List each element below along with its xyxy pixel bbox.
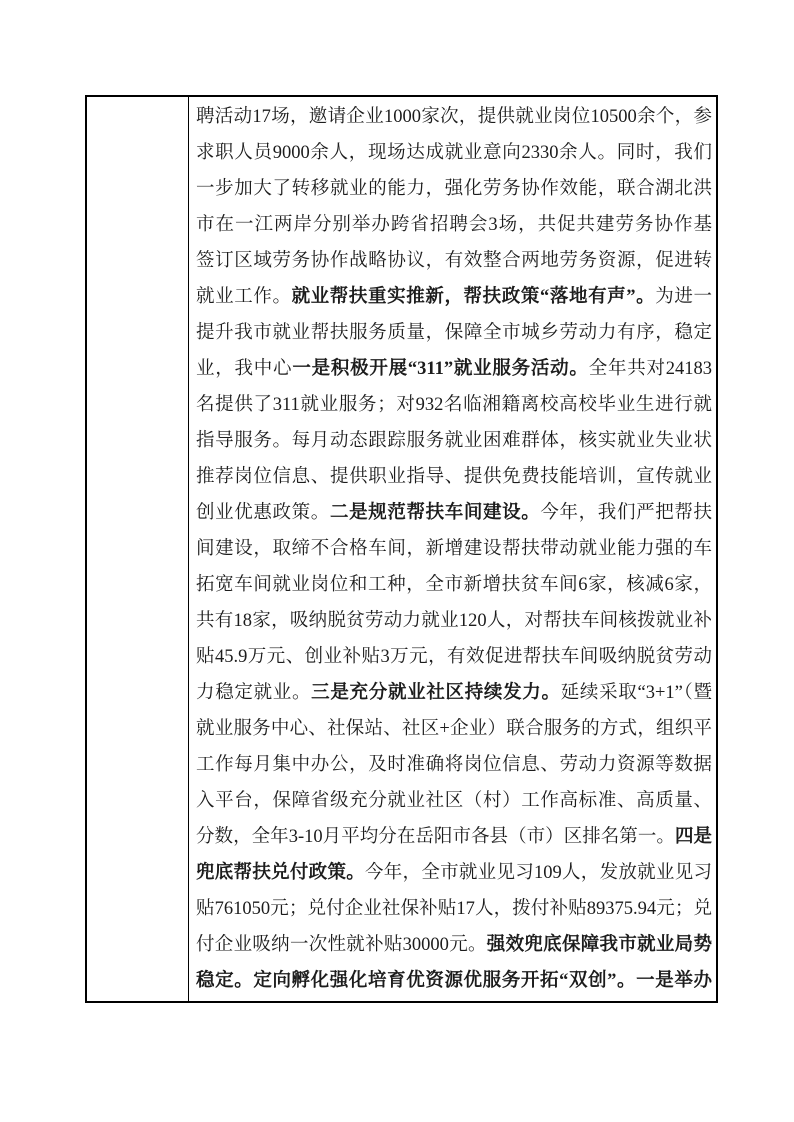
text-segment: 工作每月集中办公，及时准确将岗位信息、劳动力资源等数据录	[196, 755, 712, 783]
table-left-header-cell	[87, 97, 189, 1001]
text-line: 力稳定就业。三是充分就业社区持续发力。延续采取“3+1”（暨	[196, 675, 712, 711]
text-line: 贴761050元；兑付企业社保补贴17人，拨付补贴89375.94元；兑	[196, 891, 712, 927]
text-segment: 签订区域劳务协作战略协议，有效整合两地劳务资源，促进转移	[196, 251, 712, 279]
text-segment: 指导服务。每月动态跟踪服务就业困难群体，核实就业失业状态，	[196, 431, 712, 459]
bold-text-segment: 兜底帮扶兑付政策。	[196, 863, 365, 883]
text-segment: 全年共对24183	[589, 359, 712, 379]
text-line: 付企业吸纳一次性就补贴30000元。强效兜底保障我市就业局势	[196, 927, 712, 963]
text-line: 兜底帮扶兑付政策。今年，全市就业见习109人，发放就业见习补	[196, 855, 712, 891]
text-segment: 提升我市就业帮扶服务质量，保障全市城乡劳动力有序，稳定就	[196, 323, 712, 351]
text-segment: 共有18家，吸纳脱贫劳动力就业120人，对帮扶车间核拨就业补	[196, 611, 712, 631]
text-line: 间建设，取缔不合格车间，新增建设帮扶带动就业能力强的车间，	[196, 531, 712, 567]
text-segment: 业，我中心	[196, 359, 292, 379]
table-body-text-cell: 聘活动17场，邀请企业1000家次，提供就业岗位10500余个，参与求职人员90…	[189, 97, 716, 1001]
text-line: 一步加大了转移就业的能力，强化劳务协作效能，联合湖北洪湖	[196, 171, 712, 207]
text-line: 求职人员9000余人，现场达成就业意向2330余人。同时，我们进	[196, 135, 712, 171]
text-line: 工作每月集中办公，及时准确将岗位信息、劳动力资源等数据录	[196, 747, 712, 783]
text-line: 稳定。定向孵化强化培育优资源优服务开拓“双创”。一是举办各	[196, 963, 712, 999]
text-segment: 延续采取“3+1”（暨	[561, 683, 712, 703]
text-segment: 市在一江两岸分别举办跨省招聘会3场，共促共建劳务协作基地，	[196, 215, 712, 243]
text-line: 分数，全年3-10月平均分在岳阳市各县（市）区排名第一。四是	[196, 819, 712, 855]
bold-text-segment: 三是充分就业社区持续发力。	[311, 683, 561, 703]
text-line: 推荐岗位信息、提供职业指导、提供免费技能培训，宣传就业与	[196, 459, 712, 495]
text-line: 贴45.9万元、创业补贴3万元，有效促进帮扶车间吸纳脱贫劳动	[196, 639, 712, 675]
text-line: 共有18家，吸纳脱贫劳动力就业120人，对帮扶车间核拨就业补	[196, 603, 712, 639]
text-segment: 一步加大了转移就业的能力，强化劳务协作效能，联合湖北洪湖	[196, 179, 712, 207]
text-line: 提升我市就业帮扶服务质量，保障全市城乡劳动力有序，稳定就	[196, 315, 712, 351]
text-segment: 创业优惠政策。	[196, 503, 330, 523]
text-segment: 付企业吸纳一次性就补贴30000元。	[196, 935, 487, 955]
text-segment: 名提供了311就业服务；对932名临湘籍离校高校毕业生进行就业	[196, 395, 712, 423]
bold-text-segment: 稳定。定向孵化强化培育优资源优服务开拓“双创”。一是举办各	[196, 971, 712, 999]
text-line: 就业工作。就业帮扶重实推新，帮扶政策“落地有声”。为进一步	[196, 279, 712, 315]
text-line: 聘活动17场，邀请企业1000家次，提供就业岗位10500余个，参与	[196, 99, 712, 135]
text-line: 创业优惠政策。二是规范帮扶车间建设。今年，我们严把帮扶车	[196, 495, 712, 531]
text-line: 就业服务中心、社保站、社区+企业）联合服务的方式，组织平台	[196, 711, 712, 747]
bold-text-segment: 四是	[675, 827, 712, 847]
text-segment: 入平台，保障省级充分就业社区（村）工作高标准、高质量、高	[196, 791, 712, 819]
text-line: 入平台，保障省级充分就业社区（村）工作高标准、高质量、高	[196, 783, 712, 819]
bold-text-segment: 一是积极开展“311”就业服务活动。	[292, 359, 588, 379]
bold-text-segment: 二是规范帮扶车间建设。	[330, 503, 540, 523]
text-segment: 就业服务中心、社保站、社区+企业）联合服务的方式，组织平台	[196, 719, 712, 747]
text-segment: 贴761050元；兑付企业社保补贴17人，拨付补贴89375.94元；兑	[196, 899, 712, 919]
text-line: 签订区域劳务协作战略协议，有效整合两地劳务资源，促进转移	[196, 243, 712, 279]
text-segment: 间建设，取缔不合格车间，新增建设帮扶带动就业能力强的车间，	[196, 539, 712, 567]
text-segment: 拓宽车间就业岗位和工种，全市新增扶贫车间6家，核减6家，现	[196, 575, 712, 603]
text-line: 拓宽车间就业岗位和工种，全市新增扶贫车间6家，核减6家，现	[196, 567, 712, 603]
text-segment: 就业工作。	[196, 287, 292, 307]
document-page: { "page": { "background_color": "#ffffff…	[0, 0, 794, 1122]
text-segment: 求职人员9000余人，现场达成就业意向2330余人。同时，我们进	[196, 143, 712, 171]
text-line: 市在一江两岸分别举办跨省招聘会3场，共促共建劳务协作基地，	[196, 207, 712, 243]
text-segment: 聘活动17场，邀请企业1000家次，提供就业岗位10500余个，参与	[196, 107, 712, 135]
text-line: 业，我中心一是积极开展“311”就业服务活动。全年共对24183	[196, 351, 712, 387]
bold-text-segment: 就业帮扶重实推新，帮扶政策“落地有声”。	[292, 287, 656, 307]
text-line: 名提供了311就业服务；对932名临湘籍离校高校毕业生进行就业	[196, 387, 712, 423]
text-segment: 力稳定就业。	[196, 683, 311, 703]
text-line: 指导服务。每月动态跟踪服务就业困难群体，核实就业失业状态，	[196, 423, 712, 459]
text-segment: 推荐岗位信息、提供职业指导、提供免费技能培训，宣传就业与	[196, 467, 712, 495]
text-segment: 贴45.9万元、创业补贴3万元，有效促进帮扶车间吸纳脱贫劳动	[196, 647, 712, 667]
text-segment: 分数，全年3-10月平均分在岳阳市各县（市）区排名第一。	[196, 827, 675, 847]
report-table: 聘活动17场，邀请企业1000家次，提供就业岗位10500余个，参与求职人员90…	[85, 95, 718, 1003]
bold-text-segment: 强效兜底保障我市就业局势	[487, 935, 712, 955]
